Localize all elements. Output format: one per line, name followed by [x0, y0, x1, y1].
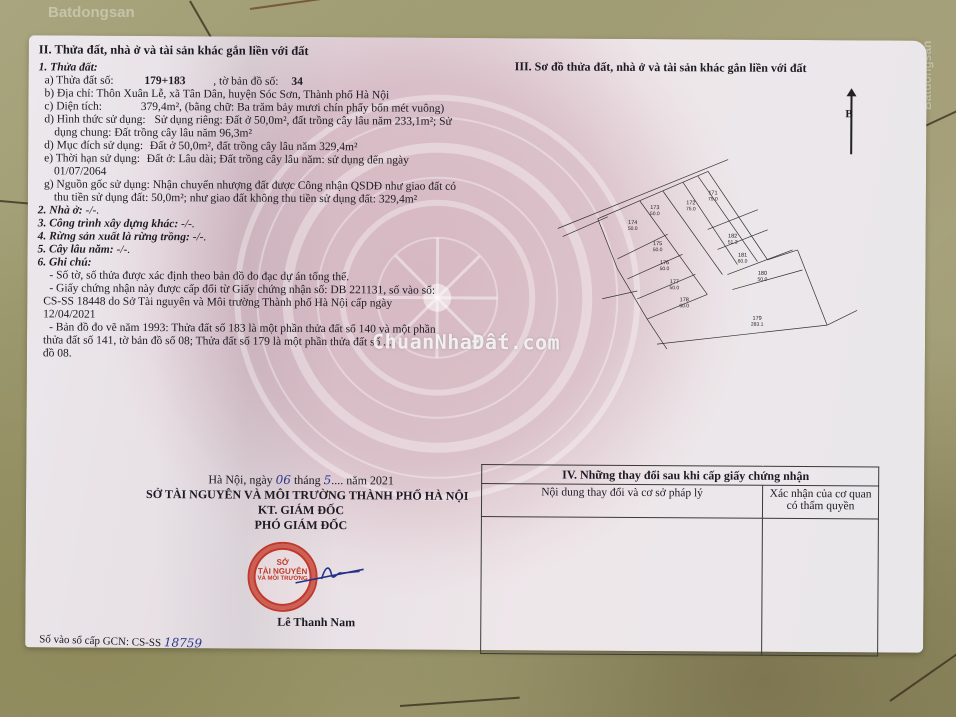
svg-text:50.0: 50.0 [660, 266, 670, 272]
origin-line-2: thu tiền sử dụng đất: 50,0m²; như giao đ… [54, 191, 417, 207]
note-line: 12/04/2021 [43, 308, 95, 322]
north-arrow-icon [850, 94, 852, 154]
parcel-site-plan: 171 75.0 172 75.0 173 50.0 174 50.0 175 … [557, 148, 858, 350]
signature-block: Hà Nội, ngày 06 tháng 5.... năm 2021 SỞ … [146, 472, 456, 534]
note-line: đồ 08. [43, 347, 72, 361]
svg-text:75.0: 75.0 [686, 206, 696, 212]
issuing-agency: SỞ TÀI NGUYÊN VÀ MÔI TRƯỜNG THÀNH PHỐ HÀ… [146, 487, 456, 504]
changes-column-header: Nội dung thay đổi và cơ sở pháp lý [481, 484, 762, 519]
svg-text:75.0: 75.0 [708, 196, 718, 202]
batdongsan-watermark: Batdongsan [48, 4, 135, 21]
notes-heading: 6. Ghi chú: [37, 256, 91, 270]
floor-crack [0, 200, 28, 204]
svg-text:50.0: 50.0 [679, 303, 689, 309]
perennial-trees-row: 5. Cây lâu năm: -/-. [38, 243, 131, 257]
svg-text:50.0: 50.0 [653, 247, 663, 253]
house-row: 2. Nhà ở: -/-. [38, 204, 100, 218]
land-use-certificate-page: II. Thửa đất, nhà ở và tài sản khác gắn … [25, 35, 927, 652]
section-ii-title: II. Thửa đất, nhà ở và tài sản khác gắn … [39, 43, 309, 58]
confirmation-column-header: Xác nhận của cơ quan có thẩm quyền [762, 485, 878, 519]
north-label: B [845, 108, 852, 120]
position-title: PHÓ GIÁM ĐỐC [146, 517, 456, 534]
term-line-2: 01/07/2064 [54, 165, 106, 179]
section-iv-title: IV. Những thay đổi sau khi cấp giấy chứn… [482, 465, 879, 486]
changes-content-cell [481, 517, 763, 656]
svg-text:60.0: 60.0 [738, 259, 748, 265]
svg-text:51.3: 51.3 [728, 240, 738, 246]
signer-name: Lê Thanh Nam [277, 615, 355, 630]
floor-crack [400, 697, 520, 707]
land-heading: 1. Thửa đất: [39, 61, 98, 75]
svg-text:50.0: 50.0 [650, 211, 660, 217]
registration-number: 18759 [164, 635, 203, 650]
changes-table: IV. Những thay đổi sau khi cấp giấy chứn… [480, 464, 879, 656]
chuannhadat-watermark: ChuanNhaĐất.com [372, 329, 560, 354]
area-value: 379,4m², (bằng chữ: Ba trăm bảy mươi chí… [141, 101, 444, 115]
svg-text:50.0: 50.0 [628, 226, 638, 232]
svg-text:50.0: 50.0 [669, 285, 679, 291]
floor-crack [250, 0, 329, 10]
address: Thôn Xuân Lễ, xã Tân Dân, huyện Sóc Sơn,… [96, 88, 389, 102]
handwritten-signature-icon [294, 559, 394, 590]
floor-crack [889, 649, 956, 702]
note-line: thửa đất số 141, tờ bản đồ số 08; Thửa đ… [43, 334, 392, 350]
floor-crack [925, 108, 956, 127]
parcel-number: 179+183 [144, 75, 210, 89]
map-sheet-number: 34 [291, 76, 303, 88]
svg-text:283.1: 283.1 [751, 322, 764, 328]
confirmation-cell [762, 518, 879, 656]
svg-text:50.0: 50.0 [758, 277, 768, 283]
section-iii-title: III. Sơ đồ thửa đất, nhà ở và tài sản kh… [515, 60, 807, 75]
